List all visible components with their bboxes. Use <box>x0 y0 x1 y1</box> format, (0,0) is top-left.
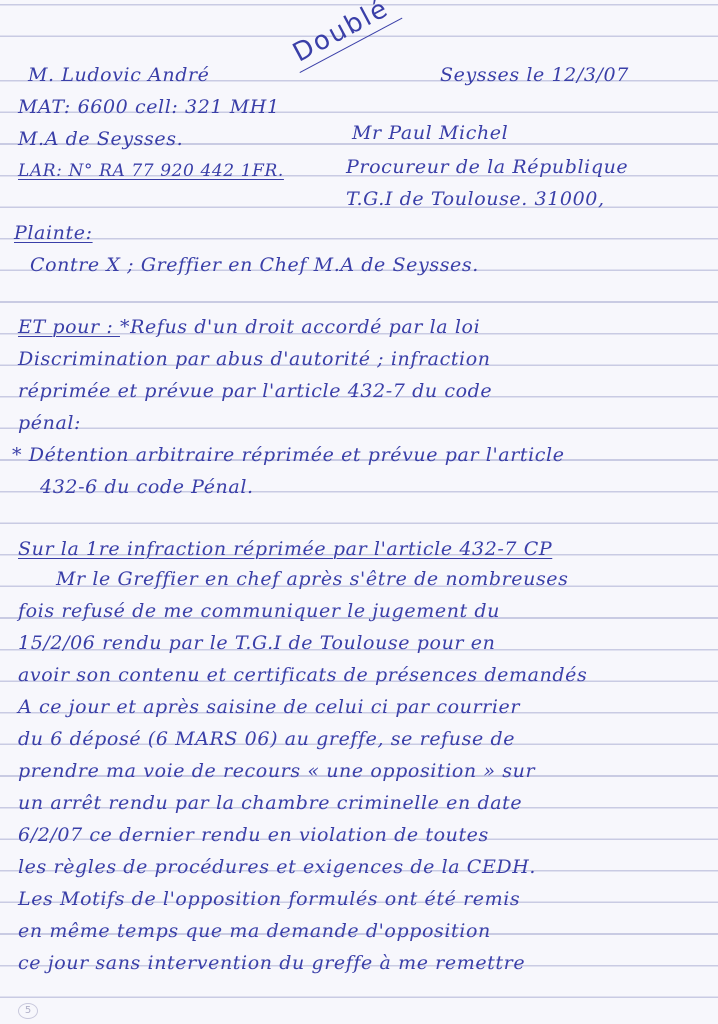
page-number: 5 <box>18 1003 38 1019</box>
body-line: ce jour sans intervention du greffe à me… <box>18 952 525 974</box>
body-line: en même temps que ma demande d'oppositio… <box>18 920 491 942</box>
grounds-line-3: réprimée et prévue par l'article 432-7 d… <box>18 380 492 402</box>
sender-name: M. Ludovic André <box>28 64 210 86</box>
handwritten-letter-page: Doublé M. Ludovic André MAT: 6600 cell: … <box>0 0 718 1024</box>
body-line: du 6 déposé (6 MARS 06) au greffe, se re… <box>18 728 515 750</box>
grounds-line-2: Discrimination par abus d'autorité ; inf… <box>18 348 491 370</box>
body-line: Les Motifs de l'opposition formulés ont … <box>18 888 520 910</box>
body-line: 6/2/07 ce dernier rendu en violation de … <box>18 824 489 846</box>
grounds-item-2: * Détention arbitraire réprimée et prévu… <box>12 444 565 466</box>
registered-letter-number: LAR: N° RA 77 920 442 1FR. <box>18 160 284 182</box>
sender-establishment: M.A de Seysses. <box>18 128 183 150</box>
body-line: Mr le Greffier en chef après s'être de n… <box>56 568 569 590</box>
recipient-name: Mr Paul Michel <box>352 122 508 144</box>
grounds-label: ET pour : <box>18 316 120 338</box>
body-line: 15/2/06 rendu par le T.G.I de Toulouse p… <box>18 632 495 654</box>
body-line: un arrêt rendu par la chambre criminelle… <box>18 792 522 814</box>
body-line: A ce jour et après saisine de celui ci p… <box>18 696 520 718</box>
place-date: Seysses le 12/3/07 <box>440 64 629 86</box>
grounds-item-1: *Refus d'un droit accordé par la loi <box>120 316 480 338</box>
body-line: les règles de procédures et exigences de… <box>18 856 536 878</box>
section-heading: Sur la 1re infraction réprimée par l'art… <box>18 538 552 560</box>
recipient-title: Procureur de la République <box>346 156 628 178</box>
subject-line: Contre X ; Greffier en Chef M.A de Seyss… <box>30 254 479 276</box>
subject-label: Plainte: <box>14 222 93 244</box>
body-line: fois refusé de me communiquer le jugemen… <box>18 600 500 622</box>
sender-mat: MAT: 6600 cell: 321 MH1 <box>18 96 280 118</box>
body-line: prendre ma voie de recours « une opposit… <box>18 760 535 782</box>
stamp-annotation: Doublé <box>285 0 403 73</box>
body-line: avoir son contenu et certificats de prés… <box>18 664 587 686</box>
grounds-line-1: ET pour : *Refus d'un droit accordé par … <box>18 316 480 338</box>
recipient-court: T.G.I de Toulouse. 31000, <box>346 188 605 210</box>
grounds-line-6: 432-6 du code Pénal. <box>40 476 254 498</box>
grounds-line-4: pénal: <box>18 412 81 434</box>
